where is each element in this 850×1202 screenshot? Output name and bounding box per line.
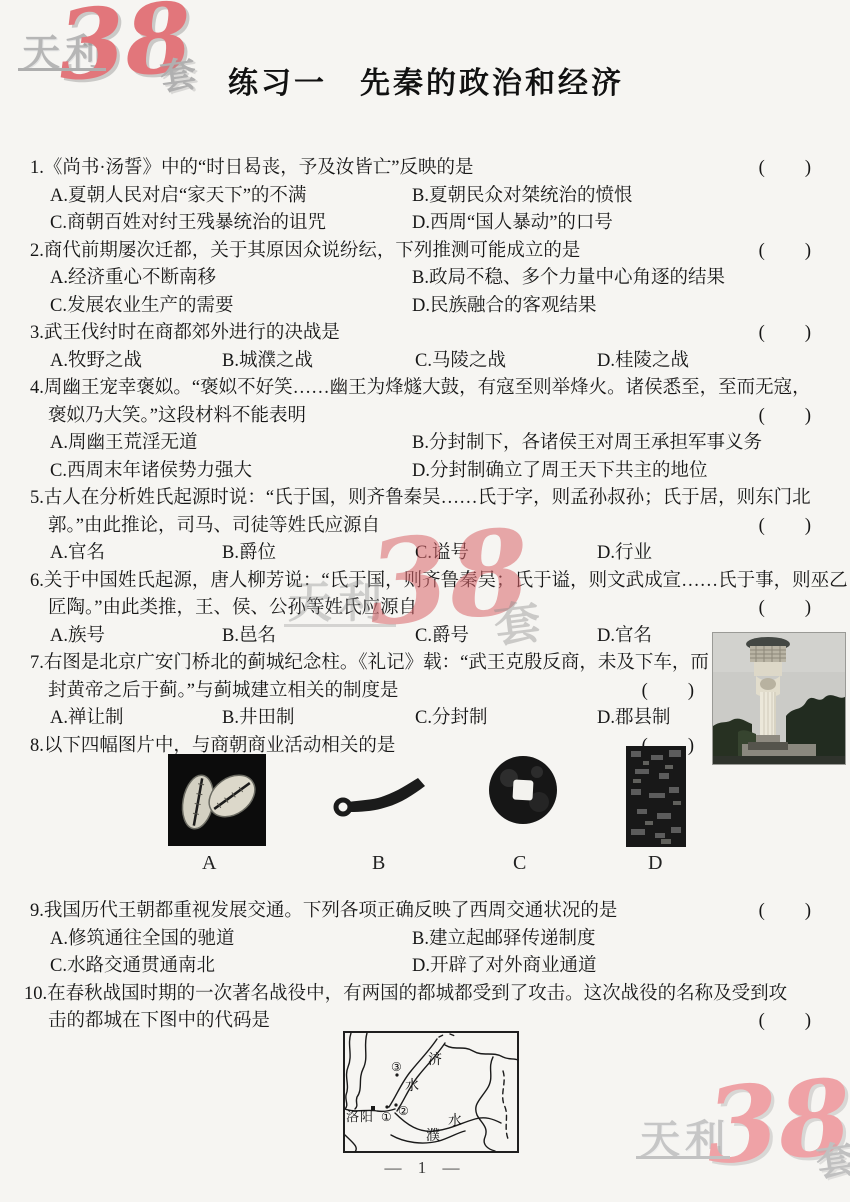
q2-number: 2. <box>30 238 44 266</box>
q2-option-c: C.发展农业生产的需要 <box>50 293 412 321</box>
q10-stem-text1: 在春秋战国时期的一次著名战役中，有两国的都城都受到了攻击。这次战役的名称及受到攻 <box>47 981 787 1009</box>
q2-stem-text: 商代前期屡次迁都，关于其原因众说纷纭，下列推测可能成立的是 <box>44 238 581 266</box>
map-label-shui1: 水 <box>405 1077 419 1094</box>
q1-option-d: D.西周“国人暴动”的口号 <box>412 210 613 238</box>
q7-answer-bracket: ( ) <box>642 678 695 706</box>
q1-stem-text: 《尚书·汤誓》中的“时日曷丧，予及汝皆亡”反映的是 <box>44 155 474 183</box>
logo-tao-text: 套 <box>157 46 200 102</box>
q5-stem-text1: 古人在分析姓氏起源时说：“氏于国，则齐鲁秦吴……氏于字，则孟孙叔孙；氏于居，则东… <box>44 485 811 513</box>
q3-option-b: B.城濮之战 <box>222 348 415 376</box>
q2-answer-bracket: ( ) <box>759 238 812 266</box>
map-marker-3: ③ <box>391 1060 402 1074</box>
q1-option-a: A.夏朝人民对启“家天下”的不满 <box>50 183 412 211</box>
page-number: — 1 — <box>0 1158 850 1178</box>
q4-option-c: C.西周末年诸侯势力强大 <box>50 458 412 486</box>
exam-page: 天利 38 套 练习一 先秦的政治和经济 天利 38 套 <box>0 0 850 1202</box>
q5-option-b: B.爵位 <box>222 540 415 568</box>
q5-stem-line1: 5. 古人在分析姓氏起源时说：“氏于国，则齐鲁秦吴……氏于字，则孟孙叔孙；氏于居… <box>30 485 812 513</box>
q4-options-cd: C.西周末年诸侯势力强大 D.分封制确立了周王天下共主的地位 <box>30 458 812 486</box>
q10-answer-bracket: ( ) <box>759 1008 812 1036</box>
map-label-shui2: 水 <box>448 1112 462 1129</box>
q10-number: 10. <box>24 981 47 1009</box>
q4-option-a: A.周幽王荒淫无道 <box>50 430 412 458</box>
q5-option-c: C.谥号 <box>415 540 597 568</box>
q7-stem-line2: 封黄帝之后于蓟。”与蓟城建立相关的制度是 ( ) <box>30 678 812 706</box>
q7-stem-text1: 右图是北京广安门桥北的蓟城纪念柱。《礼记》载：“武王克殷反商，未及下车，而 <box>44 650 709 678</box>
q7-number: 7. <box>30 650 44 678</box>
q3-number: 3. <box>30 320 44 348</box>
q5-option-a: A.官名 <box>50 540 222 568</box>
map-marker-1: ① <box>381 1110 392 1124</box>
q7-option-a: A.禅让制 <box>50 705 222 733</box>
q10-stem-text2: 击的都城在下图中的代码是 <box>48 1008 270 1036</box>
q6-stem-text1: 关于中国姓氏起源，唐人柳芳说：“氏于国，则齐鲁秦吴；氏于谥，则文武成宣……氏于事… <box>44 568 848 596</box>
q5-number: 5. <box>30 485 44 513</box>
q2-option-a: A.经济重心不断南移 <box>50 265 412 293</box>
q9-option-c: C.水路交通贯通南北 <box>50 953 412 981</box>
q9-number: 9. <box>30 898 44 926</box>
q4-stem-line2: 褒姒乃大笑。”这段材料不能表明 ( ) <box>30 403 812 431</box>
q8-figure-row: A B C D <box>30 760 812 898</box>
q9-options-ab: A.修筑通往全国的驰道 B.建立起邮驿传递制度 <box>30 926 812 954</box>
map-label-pu: 濮 <box>426 1128 440 1144</box>
banknote-print-image <box>625 745 687 853</box>
q9-stem: 9. 我国历代王朝都重视发展交通。下列各项正确反映了西周交通状况的是 ( ) <box>30 898 812 926</box>
q1-options-cd: C.商朝百姓对纣王残暴统治的诅咒 D.西周“国人暴动”的口号 <box>30 210 812 238</box>
q3-stem: 3. 武王伐纣时在商都郊外进行的决战是 ( ) <box>30 320 812 348</box>
q8-figure-label-b: B <box>372 852 385 875</box>
q5-answer-bracket: ( ) <box>759 513 812 541</box>
q6-stem-line1: 6. 关于中国姓氏起源，唐人柳芳说：“氏于国，则齐鲁秦吴；氏于谥，则文武成宣……… <box>30 568 812 596</box>
logo-underline <box>18 68 106 71</box>
q7-options: A.禅让制 B.井田制 C.分封制 D.郡县制 <box>30 705 812 733</box>
q4-stem-text1: 周幽王宠幸褒姒。“褒姒不好笑……幽王为烽燧大鼓，有寇至则举烽火。诸侯悉至，至而无… <box>44 375 811 403</box>
q6-options: A.族号 B.邑名 C.爵号 D.官名 <box>30 623 812 651</box>
q2-options-ab: A.经济重心不断南移 B.政局不稳、多个力量中心角逐的结果 <box>30 265 812 293</box>
q5-option-d: D.行业 <box>597 540 652 568</box>
q7-option-c: C.分封制 <box>415 705 597 733</box>
cowrie-shells-image <box>168 754 266 851</box>
q1-option-c: C.商朝百姓对纣王残暴统治的诅咒 <box>50 210 412 238</box>
q8-stem: 8. 以下四幅图片中，与商朝商业活动相关的是 ( ) <box>30 733 812 761</box>
q6-stem-line2: 匠陶。”由此类推，王、侯、公孙等姓氏应源自 ( ) <box>30 595 812 623</box>
q7-option-d: D.郡县制 <box>597 705 671 733</box>
q6-answer-bracket: ( ) <box>759 595 812 623</box>
q1-number: 1. <box>30 155 44 183</box>
q9-option-b: B.建立起邮驿传递制度 <box>412 926 595 954</box>
q2-stem: 2. 商代前期屡次迁都，关于其原因众说纷纭，下列推测可能成立的是 ( ) <box>30 238 812 266</box>
round-coin-image <box>487 754 559 831</box>
q4-options-ab: A.周幽王荒淫无道 B.分封制下，各诸侯王对周王承担军事义务 <box>30 430 812 458</box>
q6-option-c: C.爵号 <box>415 623 597 651</box>
q7-stem-line1: 7. 右图是北京广安门桥北的蓟城纪念柱。《礼记》载：“武王克殷反商，未及下车，而 <box>30 650 812 678</box>
q8-figure-label-d: D <box>648 852 662 875</box>
q4-option-b: B.分封制下，各诸侯王对周王承担军事义务 <box>412 430 762 458</box>
q2-option-d: D.民族融合的客观结果 <box>412 293 597 321</box>
map-label-ji: 济 <box>428 1051 442 1068</box>
q9-option-d: D.开辟了对外商业通道 <box>412 953 597 981</box>
q6-option-d: D.官名 <box>597 623 652 651</box>
q1-answer-bracket: ( ) <box>759 155 812 183</box>
q9-option-a: A.修筑通往全国的驰道 <box>50 926 412 954</box>
q8-number: 8. <box>30 733 44 761</box>
q3-stem-text: 武王伐纣时在商都郊外进行的决战是 <box>44 320 340 348</box>
q2-option-b: B.政局不稳、多个力量中心角逐的结果 <box>412 265 725 293</box>
knife-money-image <box>332 774 430 831</box>
q10-battle-map: 济 水 ③ 洛阳 ① ② 濮 水 <box>343 1031 519 1153</box>
map-label-luoyang: 洛阳 <box>346 1109 374 1124</box>
q9-answer-bracket: ( ) <box>759 898 812 926</box>
q7-option-b: B.井田制 <box>222 705 415 733</box>
q6-stem-text2: 匠陶。”由此类推，王、侯、公孙等姓氏应源自 <box>48 595 417 623</box>
q5-options: A.官名 B.爵位 C.谥号 D.行业 <box>30 540 812 568</box>
q6-number: 6. <box>30 568 44 596</box>
q8-figure-label-a: A <box>202 852 216 875</box>
q1-options-ab: A.夏朝人民对启“家天下”的不满 B.夏朝民众对桀统治的愤恨 <box>30 183 812 211</box>
q3-option-a: A.牧野之战 <box>50 348 222 376</box>
q4-stem-line1: 4. 周幽王宠幸褒姒。“褒姒不好笑……幽王为烽燧大鼓，有寇至则举烽火。诸侯悉至，… <box>30 375 812 403</box>
page-title: 练习一 先秦的政治和经济 <box>228 58 624 102</box>
q3-answer-bracket: ( ) <box>759 320 812 348</box>
q4-answer-bracket: ( ) <box>759 403 812 431</box>
q10-stem-line1: 10. 在春秋战国时期的一次著名战役中，有两国的都城都受到了攻击。这次战役的名称… <box>30 981 812 1009</box>
q10-map-illustration: 济 水 ③ 洛阳 ① ② 濮 水 <box>343 1031 519 1153</box>
tianli38-logo-top: 天利 38 套 <box>14 8 229 120</box>
q4-option-d: D.分封制确立了周王天下共主的地位 <box>412 458 708 486</box>
q4-stem-text2: 褒姒乃大笑。”这段材料不能表明 <box>48 403 306 431</box>
q1-stem: 1. 《尚书·汤誓》中的“时日曷丧，予及汝皆亡”反映的是 ( ) <box>30 155 812 183</box>
q1-option-b: B.夏朝民众对桀统治的愤恨 <box>412 183 632 211</box>
q9-options-cd: C.水路交通贯通南北 D.开辟了对外商业通道 <box>30 953 812 981</box>
q8-figure-label-c: C <box>513 852 526 875</box>
q6-option-a: A.族号 <box>50 623 222 651</box>
q3-option-c: C.马陵之战 <box>415 348 597 376</box>
q5-stem-text2: 郭。”由此推论，司马、司徒等姓氏应源自 <box>48 513 380 541</box>
q4-number: 4. <box>30 375 44 403</box>
q7-stem-text2: 封黄帝之后于蓟。”与蓟城建立相关的制度是 <box>48 678 398 706</box>
q3-option-d: D.桂陵之战 <box>597 348 689 376</box>
map-marker-2: ② <box>398 1104 409 1118</box>
q9-stem-text: 我国历代王朝都重视发展交通。下列各项正确反映了西周交通状况的是 <box>44 898 618 926</box>
q2-options-cd: C.发展农业生产的需要 D.民族融合的客观结果 <box>30 293 812 321</box>
q3-options: A.牧野之战 B.城濮之战 C.马陵之战 D.桂陵之战 <box>30 348 812 376</box>
q6-option-b: B.邑名 <box>222 623 415 651</box>
question-list: 1. 《尚书·汤誓》中的“时日曷丧，予及汝皆亡”反映的是 ( ) A.夏朝人民对… <box>30 155 812 1153</box>
logo-38-text: 38 <box>55 0 195 95</box>
q5-stem-line2: 郭。”由此推论，司马、司徒等姓氏应源自 ( ) <box>30 513 812 541</box>
logo-tianli-text: 天利 <box>22 22 108 77</box>
